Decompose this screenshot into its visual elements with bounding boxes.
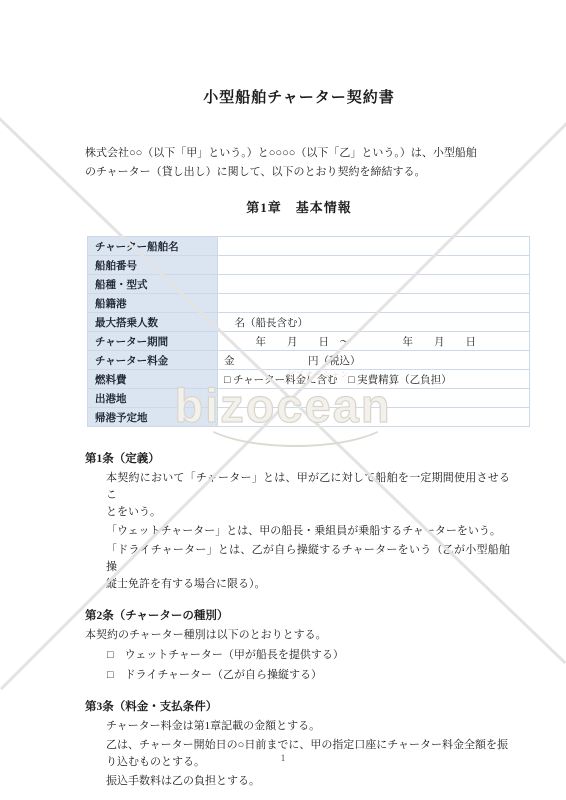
row-value-charter-fee: 金 円（税込） (218, 351, 530, 370)
row-label-vessel-type: 船種・型式 (88, 275, 218, 294)
basic-info-table: チャーター船舶名 船舶番号 船種・型式 船籍港 最大搭乗人数 名（船長含む） チ… (87, 236, 530, 427)
article-2-heading: 第2条（チャーターの種別） (85, 607, 513, 625)
row-value-departure-port (218, 389, 530, 408)
table-row: 出港地 (88, 389, 530, 408)
table-row: 最大搭乗人数 名（船長含む） (88, 313, 530, 332)
article-3-heading: 第3条（料金・支払条件） (85, 698, 513, 716)
row-label-vessel-number: 船舶番号 (88, 256, 218, 275)
article-1-paragraph: 「ドライチャーター」とは、乙が自ら操縦するチャーターをいう（乙が小型船舶操 縦士… (106, 542, 510, 593)
row-value-vessel-number (218, 256, 530, 275)
article-2: 第2条（チャーターの種別） 本契約のチャーター種別は以下のとおりとする。 □ ウ… (85, 607, 513, 684)
intro-paragraph: 株式会社○○（以下「甲」という。）と○○○○（以下「乙」という。）は、小型船舶 … (85, 144, 513, 182)
article-1-paragraph: 本契約において「チャーター」とは、甲が乙に対して船舶を一定期間使用させるこ とを… (106, 470, 510, 521)
table-row: チャーター船舶名 (88, 237, 530, 256)
row-value-vessel-type (218, 275, 530, 294)
document-page: 小型船舶チャーター契約書 株式会社○○（以下「甲」という。）と○○○○（以下「乙… (0, 0, 566, 800)
article-3-paragraph: 振込手数料は乙の負担とする。 (106, 773, 510, 790)
row-label-max-passengers: 最大搭乗人数 (88, 313, 218, 332)
row-value-max-passengers: 名（船長含む） (218, 313, 530, 332)
table-row: チャーター期間 年 月 日 ～ 年 月 日 (88, 332, 530, 351)
row-label-charter-fee: チャーター料金 (88, 351, 218, 370)
row-value-fuel-cost: □ チャーター料金に含む □ 実費精算（乙負担） (218, 370, 530, 389)
document-content: 小型船舶チャーター契約書 株式会社○○（以下「甲」という。）と○○○○（以下「乙… (85, 0, 513, 790)
article-1-paragraph: 「ウェットチャーター」とは、甲の船長・乗組員が乗船するチャーターをいう。 (106, 523, 510, 540)
article-3: 第3条（料金・支払条件） チャーター料金は第1章記載の金額とする。 乙は、チャー… (85, 698, 513, 790)
page-number: 1 (0, 753, 566, 763)
article-2-intro: 本契約のチャーター種別は以下のとおりとする。 (85, 627, 510, 644)
table-row: 船舶番号 (88, 256, 530, 275)
row-label-return-port: 帰港予定地 (88, 408, 218, 427)
article-3-paragraph: チャーター料金は第1章記載の金額とする。 (106, 718, 510, 735)
row-label-charter-period: チャーター期間 (88, 332, 218, 351)
row-value-port-of-registry (218, 294, 530, 313)
checkbox-option-wet-charter: □ ウェットチャーター（甲が船長を提供する） (107, 647, 513, 664)
row-label-departure-port: 出港地 (88, 389, 218, 408)
article-1: 第1条（定義） 本契約において「チャーター」とは、甲が乙に対して船舶を一定期間使… (85, 450, 513, 593)
table-row: 船種・型式 (88, 275, 530, 294)
row-label-vessel-name: チャーター船舶名 (88, 237, 218, 256)
table-row: 船籍港 (88, 294, 530, 313)
row-label-port-of-registry: 船籍港 (88, 294, 218, 313)
article-1-heading: 第1条（定義） (85, 450, 513, 468)
table-row: チャーター料金 金 円（税込） (88, 351, 530, 370)
row-value-vessel-name (218, 237, 530, 256)
table-row: 燃料費 □ チャーター料金に含む □ 実費精算（乙負担） (88, 370, 530, 389)
table-row: 帰港予定地 (88, 408, 530, 427)
row-value-charter-period: 年 月 日 ～ 年 月 日 (218, 332, 530, 351)
checkbox-option-dry-charter: □ ドライチャーター（乙が自ら操縦する） (107, 667, 513, 684)
chapter1-heading: 第1章 基本情報 (85, 197, 513, 216)
row-label-fuel-cost: 燃料費 (88, 370, 218, 389)
row-value-return-port (218, 408, 530, 427)
document-title: 小型船舶チャーター契約書 (85, 86, 513, 107)
